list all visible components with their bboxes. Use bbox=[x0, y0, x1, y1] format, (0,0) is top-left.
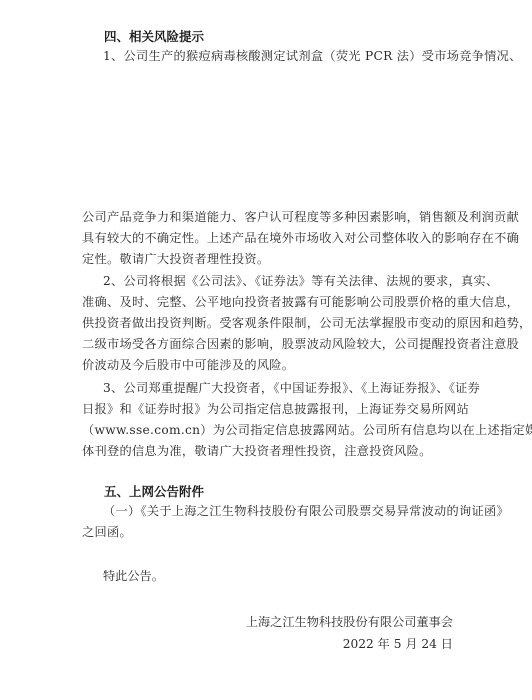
closing-statement: 特此公告。 bbox=[103, 568, 164, 584]
section-heading-online-attachments: 五、上网公告附件 bbox=[104, 484, 204, 500]
signature-date: 2022 年 5 月 24 日 bbox=[343, 636, 453, 652]
attachment-item-1: （一）《关于上海之江生物科技股份有限公司股票交易异常波动的询证函》 之回函。 bbox=[82, 501, 453, 543]
risk-item-2: 2、公司将根据《公司法》、《证券法》等有关法律、法规的要求，真实、 准确、及时、… bbox=[82, 271, 453, 376]
risk-item-1-line-1: 1、公司生产的猴痘病毒核酸测定试剂盒（荧光 PCR 法）受市场竞争情况、 bbox=[82, 46, 453, 67]
risk-item-1-continued: 公司产品竞争力和渠道能力、客户认可程度等多种因素影响，销售额及利润贡献 具有较大… bbox=[82, 207, 453, 270]
section-heading-risk-warning: 四、相关风险提示 bbox=[104, 29, 204, 45]
risk-item-3: 3、公司郑重提醒广大投资者，《中国证券报》、《上海证券报》、《证券 日报》和《证… bbox=[82, 378, 453, 462]
signature-company: 上海之江生物科技股份有限公司董事会 bbox=[246, 614, 453, 630]
